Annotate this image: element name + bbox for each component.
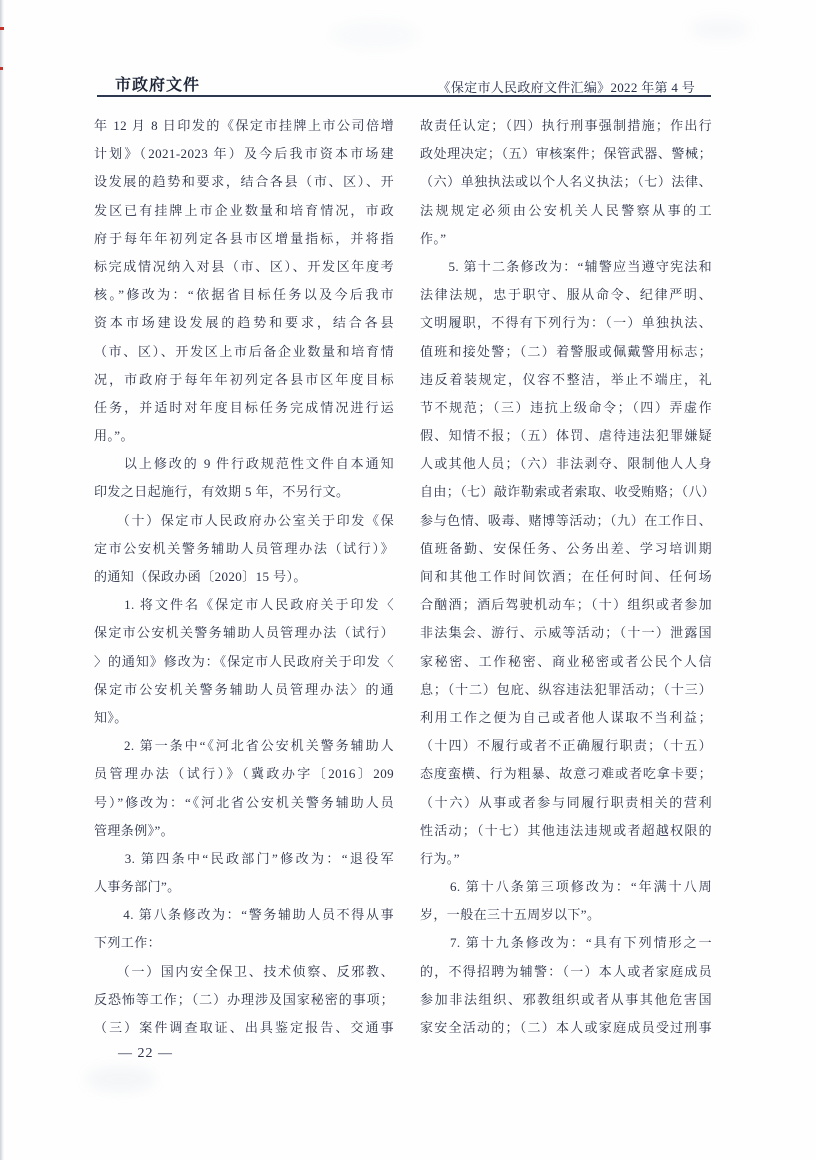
text-line: 合酗酒；酒后驾驶机动车；（十）组织或者参加 (420, 591, 712, 619)
scan-artifact-red-mark (0, 67, 3, 70)
scan-smudge (86, 1066, 156, 1092)
text-line: 自由；（七）敲诈勒索或者索取、收受贿赂；（八） (420, 478, 712, 506)
page-number: — 22 — (118, 1046, 173, 1062)
text-line: （一）国内安全保卫、技术侦察、反邪教、 (94, 958, 394, 986)
text-line: （三）案件调查取证、出具鉴定报告、交通事 (94, 1014, 394, 1042)
text-line: 家安全活动的；（二）本人或家庭成员受过刑事 (420, 1014, 712, 1042)
text-line: 行为。” (420, 845, 712, 873)
text-line: 下列工作： (94, 929, 394, 957)
text-line: 间和其他工作时间饮酒；在任何时间、任何场 (420, 563, 712, 591)
text-line: 政处理决定；（五）审核案件；保管武器、警械； (420, 140, 712, 168)
text-line: 人事务部门”。 (94, 873, 394, 901)
text-line: 息；（十二）包庇、纵容违法犯罪活动；（十三） (420, 676, 712, 704)
text-line: 7. 第十九条修改为：“具有下列情形之一 (420, 929, 712, 957)
text-line: 违反着装规定，仪容不整洁，举止不端庄，礼 (420, 366, 712, 394)
text-line: 计划》（2021-2023 年）及今后我市资本市场建 (94, 140, 394, 168)
page-edge-shadow (0, 0, 4, 1160)
text-line: 利用工作之便为自己或者他人谋取不当利益； (420, 704, 712, 732)
left-text-column: 年 12 月 8 日印发的《保定市挂牌上市公司倍增计划》（2021-2023 年… (94, 112, 394, 1042)
text-line: 〉的通知》修改为：《保定市人民政府关于印发〈 (94, 648, 394, 676)
text-line: （六）单独执法或以个人名义执法；（七）法律、 (420, 168, 712, 196)
text-line: 态度蛮横、行为粗暴、故意刁难或者吃拿卡要； (420, 760, 712, 788)
text-line: 定市公安机关警务辅助人员管理办法（试行）》 (94, 535, 394, 563)
document-page: 市政府文件 《保定市人民政府文件汇编》2022 年第 4 号 年 12 月 8 … (0, 0, 816, 1160)
text-line: 1. 将文件名《保定市人民政府关于印发〈 (94, 591, 394, 619)
header-rule (97, 95, 711, 97)
text-line: 家秘密、工作秘密、商业秘密或者公民个人信 (420, 648, 712, 676)
text-line: （十）保定市人民政府办公室关于印发《保 (94, 507, 394, 535)
text-line: 资本市场建设发展的趋势和要求，结合各县 (94, 309, 394, 337)
text-line: 员管理办法（试行）》（冀政办字〔2016〕209 (94, 760, 394, 788)
text-line: 6. 第十八条第三项修改为：“年满十八周 (420, 873, 712, 901)
text-line: 法律法规，忠于职守、服从命令、纪律严明、 (420, 281, 712, 309)
text-line: 值班备勤、安保任务、公务出差、学习培训期 (420, 535, 712, 563)
text-line: 管理条例》”。 (94, 817, 394, 845)
text-line: 标完成情况纳入对县（市、区）、开发区年度考 (94, 253, 394, 281)
text-line: 印发之日起施行，有效期 5 年，不另行文。 (94, 478, 394, 506)
text-line: （市、区）、开发区上市后备企业数量和培育情 (94, 338, 394, 366)
text-line: 5. 第十二条修改为：“辅警应当遵守宪法和 (420, 253, 712, 281)
text-line: 2. 第一条中“《河北省公安机关警务辅助人 (94, 732, 394, 760)
text-line: 假、知情不报；（五）体罚、虐待违法犯罪嫌疑 (420, 422, 712, 450)
right-text-column: 故责任认定；（四）执行刑事强制措施；作出行政处理决定；（五）审核案件；保管武器、… (420, 112, 712, 1042)
text-line: （十四）不履行或者不正确履行职责；（十五） (420, 732, 712, 760)
text-line: 岁，一般在三十五周岁以下”。 (420, 901, 712, 929)
text-line: 保定市公安机关警务辅助人员管理办法（试行） (94, 619, 394, 647)
text-line: 保定市公安机关警务辅助人员管理办法〉的通 (94, 676, 394, 704)
text-line: 任务，并适时对年度目标任务完成情况进行运 (94, 394, 394, 422)
text-line: 号）”修改为：“《河北省公安机关警务辅助人员 (94, 789, 394, 817)
text-line: 节不规范；（三）违抗上级命令；（四）弄虚作 (420, 394, 712, 422)
scan-smudge (690, 18, 750, 40)
text-line: 性活动；（十七）其他违法违规或者超越权限的 (420, 817, 712, 845)
header-compilation-title: 《保定市人民政府文件汇编》2022 年第 4 号 (438, 77, 695, 96)
text-line: 人或其他人员；（六）非法剥夺、限制他人人身 (420, 450, 712, 478)
text-line: 年 12 月 8 日印发的《保定市挂牌上市公司倍增 (94, 112, 394, 140)
text-line: 文明履职，不得有下列行为：（一）单独执法、 (420, 309, 712, 337)
text-line: 用。”。 (94, 422, 394, 450)
header-section-title: 市政府文件 (115, 72, 200, 95)
text-line: 非法集会、游行、示威等活动；（十一）泄露国 (420, 619, 712, 647)
scan-smudge (330, 20, 420, 50)
text-line: 的通知（保政办函〔2020〕15 号）。 (94, 563, 394, 591)
scan-artifact-red-mark (0, 27, 4, 30)
text-line: 知》。 (94, 704, 394, 732)
text-line: 况，市政府于每年年初列定各县市区年度目标 (94, 366, 394, 394)
text-line: 故责任认定；（四）执行刑事强制措施；作出行 (420, 112, 712, 140)
text-line: 发区已有挂牌上市企业数量和培育情况，市政 (94, 197, 394, 225)
text-line: 作。” (420, 225, 712, 253)
text-line: 参加非法组织、邪教组织或者从事其他危害国 (420, 986, 712, 1014)
text-line: 以上修改的 9 件行政规范性文件自本通知 (94, 450, 394, 478)
text-line: 核。”修改为：“依据省目标任务以及今后我市 (94, 281, 394, 309)
text-line: （十六）从事或者参与同履行职责相关的营利 (420, 789, 712, 817)
text-line: 4. 第八条修改为：“警务辅助人员不得从事 (94, 901, 394, 929)
text-line: 府于每年年初列定各县市区增量指标，并将指 (94, 225, 394, 253)
text-line: 3. 第四条中“民政部门”修改为：“退役军 (94, 845, 394, 873)
text-line: 参与色情、吸毒、赌博等活动；（九）在工作日、 (420, 507, 712, 535)
text-line: 设发展的趋势和要求，结合各县（市、区）、开 (94, 168, 394, 196)
text-line: 法规规定必须由公安机关人民警察从事的工 (420, 197, 712, 225)
text-line: 的，不得招聘为辅警：（一）本人或者家庭成员 (420, 958, 712, 986)
text-line: 反恐怖等工作；（二）办理涉及国家秘密的事项； (94, 986, 394, 1014)
text-line: 值班和接处警；（二）着警服或佩戴警用标志； (420, 338, 712, 366)
